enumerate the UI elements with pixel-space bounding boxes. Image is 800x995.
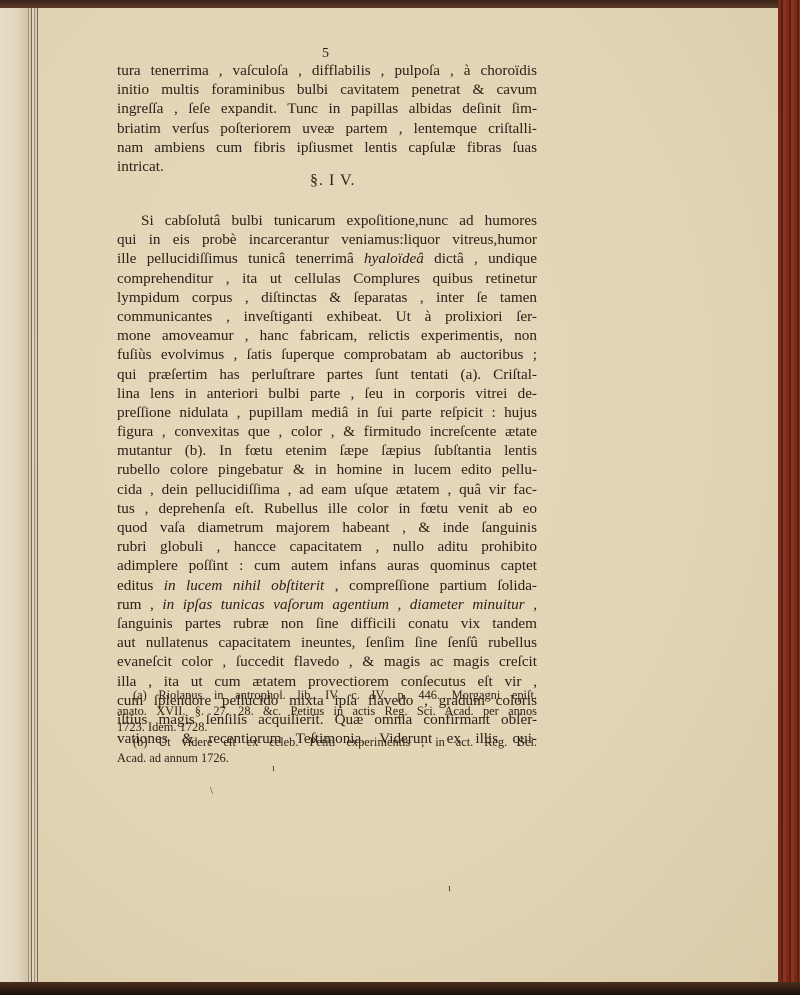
text-line: lympidum corpus , diſtinctas & ſeparatas… (117, 288, 537, 307)
footnotes: (a) Riolanus in antrophol. lib. IV. c. I… (117, 688, 537, 767)
binding-gutter (28, 8, 38, 983)
text-line: tus , deprehenſa eſt. Rubellus ille colo… (117, 499, 537, 518)
text-line: mutantur (b). In fœtu etenim ſæpe ſæpius… (117, 441, 537, 460)
text-line: rum , in ipſas tunicas vaſorum agentium … (117, 595, 537, 614)
paragraph-continued: tura tenerrima , vaſculoſa , difflabilis… (117, 61, 537, 176)
italic-phrase: in lucem nihil obſtiterit (164, 577, 325, 594)
text-line: tura tenerrima , vaſculoſa , difflabilis… (117, 61, 537, 80)
footnote-a: (a) Riolanus in antrophol. lib. IV. c. I… (117, 688, 537, 704)
stray-mark: ı (272, 762, 275, 774)
text-line: qui in eis probè incarcerantur veniamus:… (117, 230, 537, 249)
text-line: evaneſcit color , ſuccedit flavedo , & m… (117, 652, 537, 671)
footnote-line: Acad. ad annum 1726. (117, 751, 537, 767)
text-line: comprehenditur , ita ut cellulas Complur… (117, 269, 537, 288)
text-line: mone amoveamur , hanc fabricam, relictis… (117, 326, 537, 345)
left-gutter (0, 8, 28, 983)
text-line: nam ambiens cum fibris ipſiusmet lentis … (117, 138, 537, 157)
text-line: figura , convexitas que , color , & firm… (117, 422, 537, 441)
page-number: 5 (322, 46, 329, 62)
text-line: quod vaſa diametrum majorem habeant , & … (117, 518, 537, 537)
italic-phrase: in ipſas tunicas vaſorum agentium , diam… (162, 596, 524, 613)
text-line: lina lens in anteriori bulbi parte , ſeu… (117, 384, 537, 403)
text-line: rubri globuli , hancce capacitatem , nul… (117, 537, 537, 556)
text-line: briatim verſus poſteriorem uveæ partem ,… (117, 119, 537, 138)
text-line: fuſiùs evolvimus , ſatis ſuperque compro… (117, 345, 537, 364)
book-edge (778, 0, 800, 995)
text-line: ille pellucidiſſimus tunicâ tenerrimâ hy… (117, 249, 537, 268)
footnote-line: 1723. Idem. 1728. (117, 720, 537, 736)
text-line: rubello colore pingebatur & in homine in… (117, 460, 537, 479)
stray-mark: ı (448, 882, 451, 894)
text-line: editus in lucem nihil obſtiterit , compr… (117, 576, 537, 595)
text-line: adimplere poſſint : cum autem infans aur… (117, 556, 537, 575)
stray-mark: \ (210, 785, 213, 797)
text-line: communicantes , inveſtiganti exhibeat. U… (117, 307, 537, 326)
footnote-b: (b) Ut videre eſt ex celeb. Petiti exper… (117, 735, 537, 751)
text-line: preſſione nidulata , pupillam mediâ in ſ… (117, 403, 537, 422)
text-line: aut nullatenus capacitatem ineuntes, ſen… (117, 633, 537, 652)
text-line: cida , dein pellucidiſſima , ad eam uſqu… (117, 480, 537, 499)
top-border (0, 0, 800, 8)
text-line: ſanguinis partes rubræ non ſine difficil… (117, 614, 537, 633)
text-line: Si cabſolutâ bulbi tunicarum expoſitione… (117, 211, 537, 230)
footnote-line: anato. XVII. §. 27. 28. &c. Petitus in a… (117, 704, 537, 720)
text-line: qui præſertim has perluſtrare partes ſun… (117, 365, 537, 384)
italic-term: hyaloïdeâ (364, 250, 424, 267)
bottom-border (0, 982, 800, 995)
section-heading: §. I V. (310, 172, 356, 190)
text-line: initio multis foraminibus bulbi cavitate… (117, 80, 537, 99)
text-line: ingreſſa , ſeſe expandit. Tunc in papill… (117, 99, 537, 118)
paragraph-main: Si cabſolutâ bulbi tunicarum expoſitione… (117, 211, 537, 748)
